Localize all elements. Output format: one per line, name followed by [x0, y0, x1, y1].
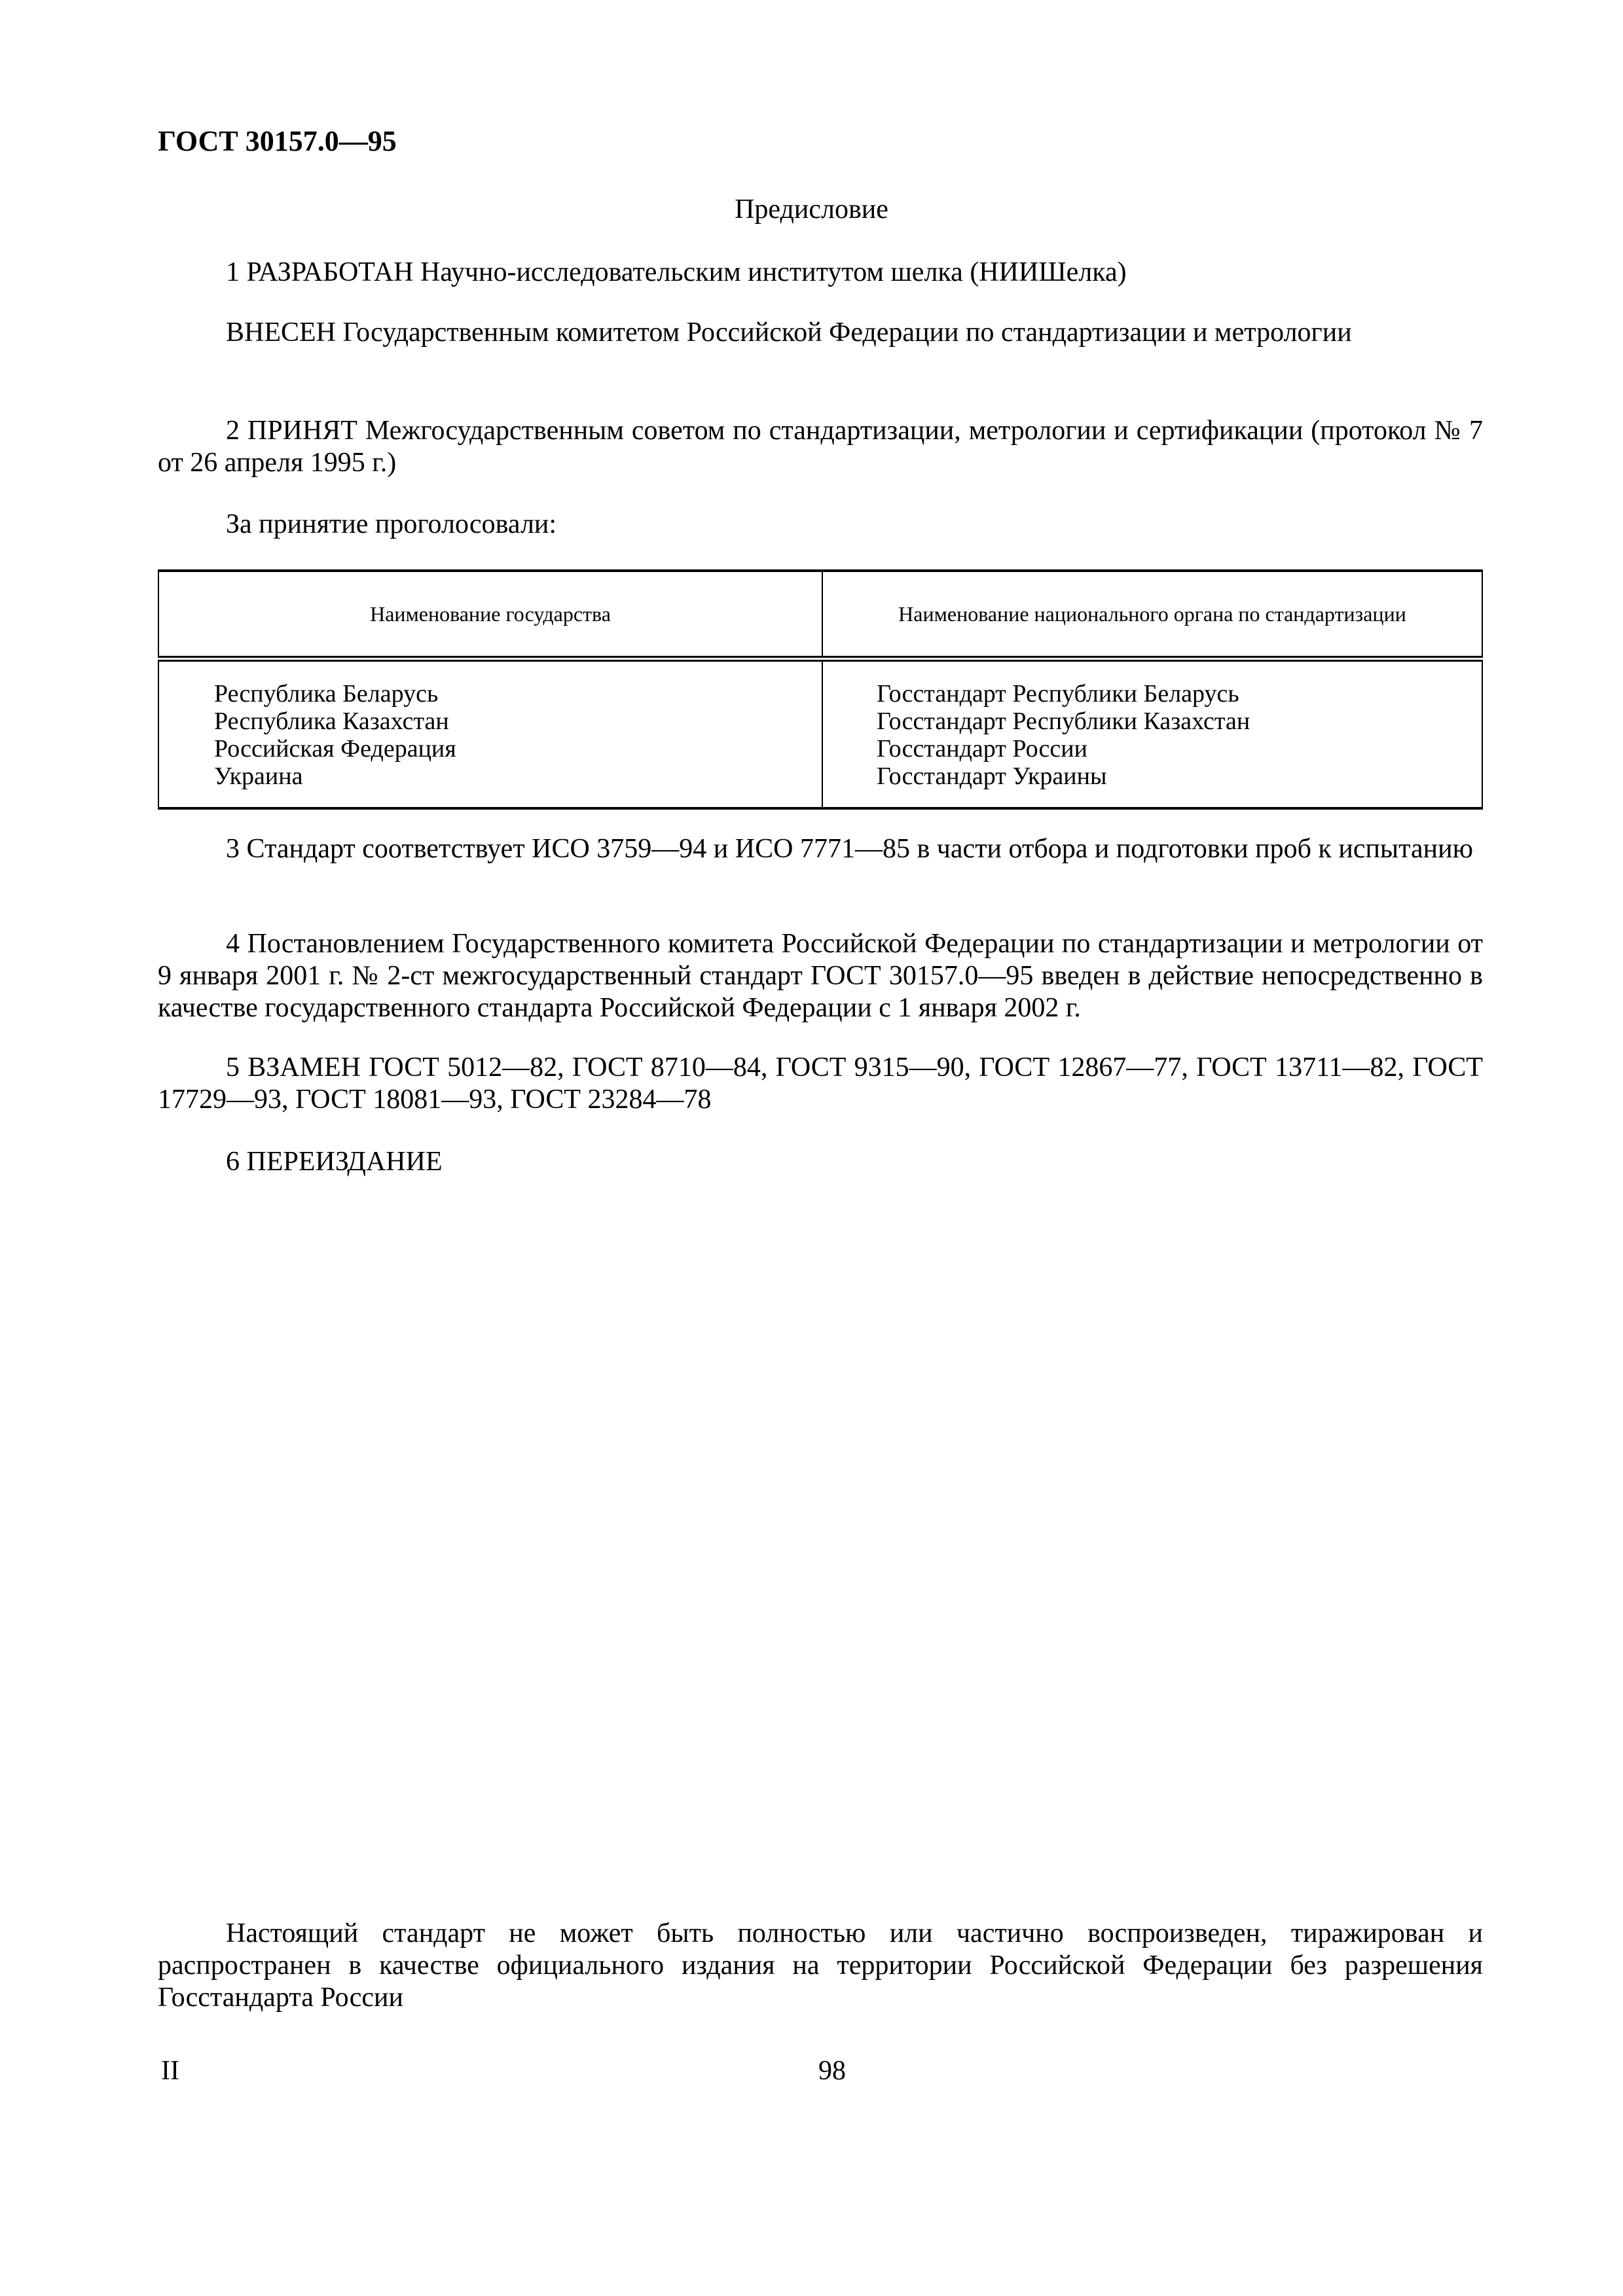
voted-label: За принятие проголосовали:: [158, 509, 1483, 541]
state-name: Республика Казахстан: [214, 708, 822, 735]
table-row: Республика Беларусь Республика Казахстан…: [158, 659, 1482, 809]
copyright-notice: Настоящий стандарт не может быть полност…: [158, 1918, 1483, 2014]
body-name: Госстандарт Республики Беларусь: [877, 680, 1482, 708]
state-name: Украина: [214, 762, 822, 790]
page-roman-numeral: II: [161, 2055, 179, 2087]
body-name: Госстандарт России: [877, 735, 1482, 762]
document-id: ГОСТ 30157.0—95: [158, 124, 397, 158]
header-body: Наименование национального органа по ста…: [822, 571, 1482, 659]
page-number: 98: [818, 2055, 846, 2087]
item-2-adopted: 2 ПРИНЯТ Межгосударственным советом по с…: [158, 415, 1483, 479]
item-1-developed: 1 РАЗРАБОТАН Научно-исследовательским ин…: [158, 257, 1483, 289]
section-title: Предисловие: [0, 194, 1623, 225]
state-name: Российская Федерация: [214, 735, 822, 762]
item-3-iso: 3 Стандарт соответствует ИСО 3759—94 и И…: [158, 833, 1483, 865]
header-state: Наименование государства: [158, 571, 822, 659]
table-header-row: Наименование государства Наименование на…: [158, 571, 1482, 659]
bodies-cell: Госстандарт Республики Беларусь Госстанд…: [822, 659, 1482, 809]
states-cell: Республика Беларусь Республика Казахстан…: [158, 659, 822, 809]
item-4-resolution: 4 Постановлением Государственного комите…: [158, 928, 1483, 1024]
body-name: Госстандарт Республики Казахстан: [877, 708, 1482, 735]
body-name: Госстандарт Украины: [877, 762, 1482, 790]
item-5-replaces: 5 ВЗАМЕН ГОСТ 5012—82, ГОСТ 8710—84, ГОС…: [158, 1052, 1483, 1116]
state-name: Республика Беларусь: [214, 680, 822, 708]
voting-table: Наименование государства Наименование на…: [158, 569, 1483, 810]
item-1-submitted: ВНЕСЕН Государственным комитетом Российс…: [158, 317, 1483, 349]
item-6-reissue: 6 ПЕРЕИЗДАНИЕ: [158, 1146, 1483, 1178]
